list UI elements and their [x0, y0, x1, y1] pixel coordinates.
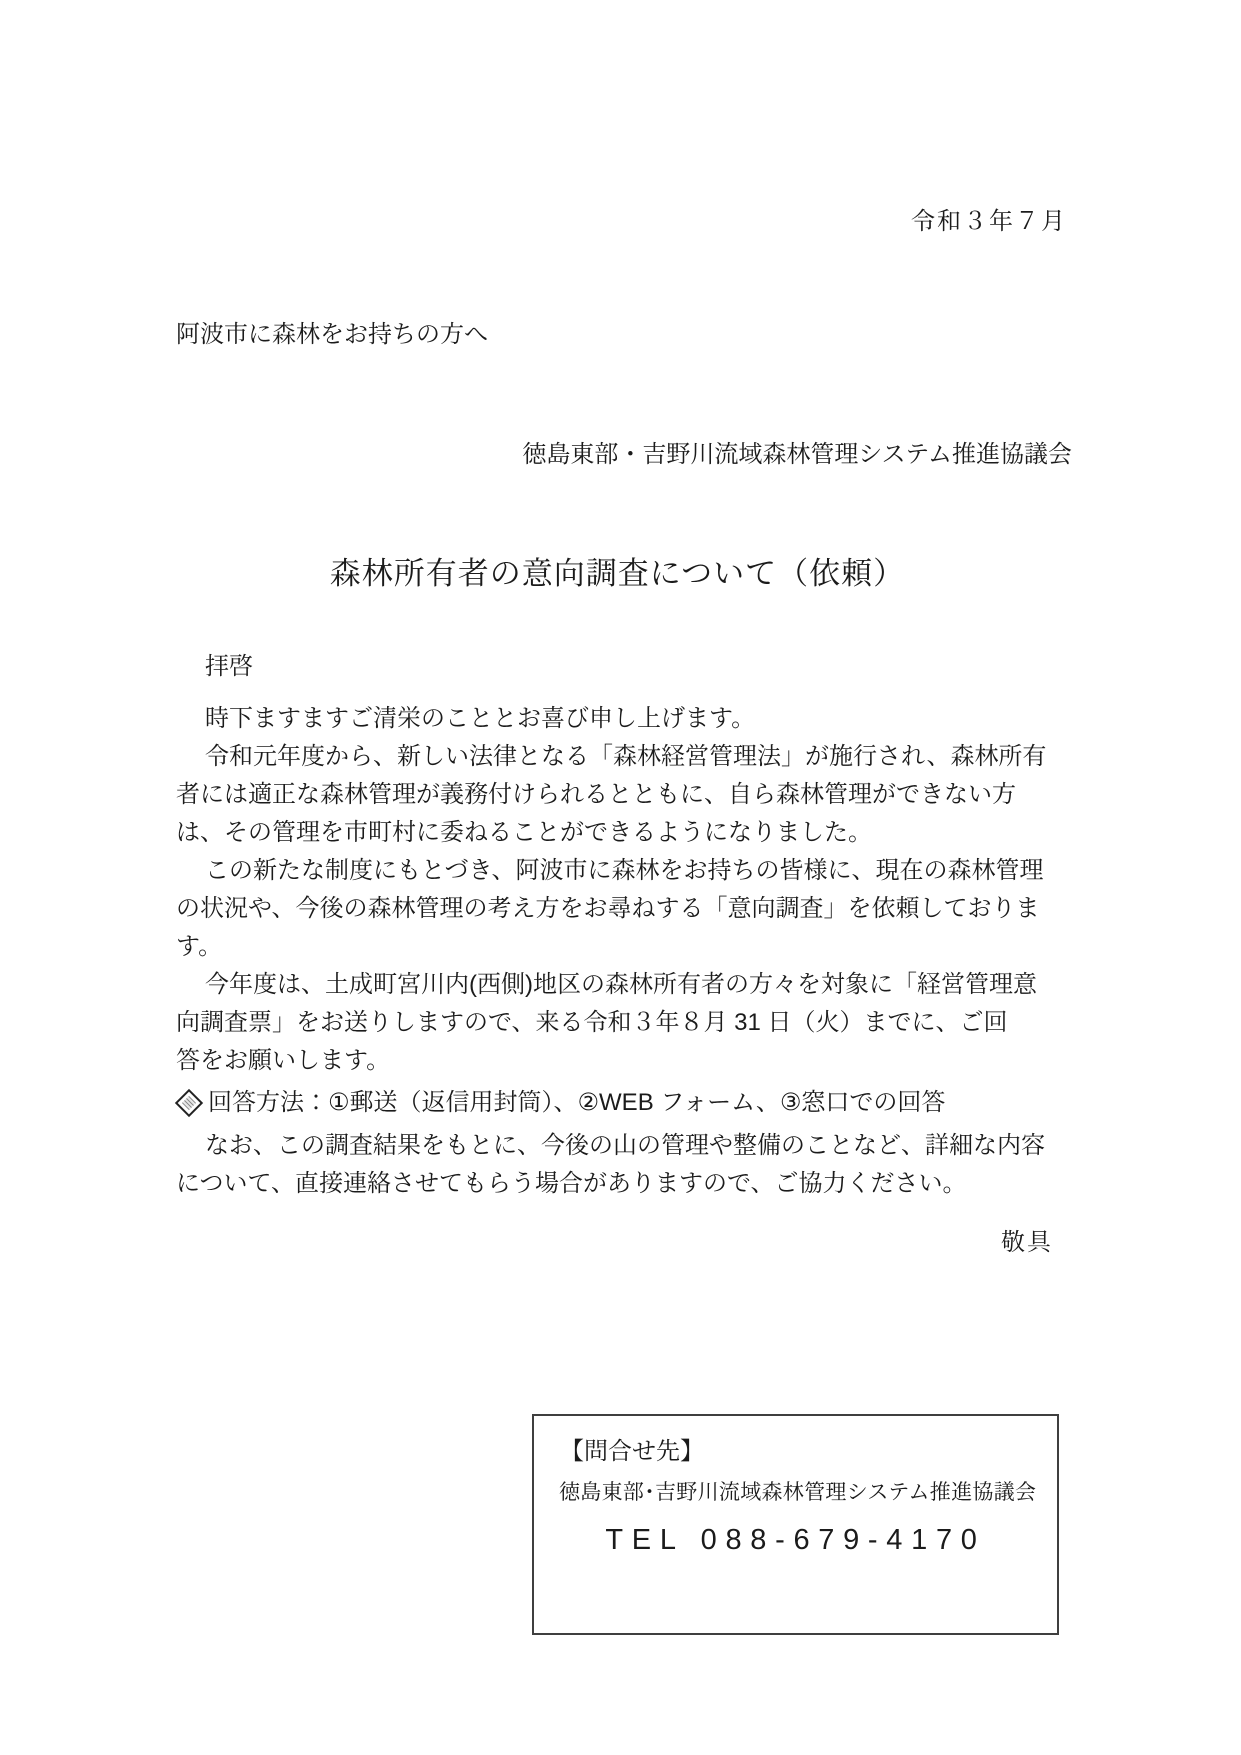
body-line: この新たな制度にもとづき、阿波市に森林をお持ちの皆様に、現在の森林管理: [176, 852, 1059, 890]
body-line: は、その管理を市町村に委ねることができるようになりました。: [176, 814, 1059, 852]
contact-box: 【問合せ先】 徳島東部･吉野川流域森林管理システム推進協議会 TEL088-67…: [532, 1414, 1059, 1635]
reply-methods-line: 回答方法：①郵送（返信用封筒）、②WEB フォーム、③窓口での回答: [176, 1084, 1059, 1122]
body-line: 答をお願いします。: [176, 1042, 1059, 1080]
recipient-line: 阿波市に森林をお持ちの方へ: [176, 318, 488, 352]
document-title: 森林所有者の意向調査について（依頼）: [176, 552, 1059, 596]
contact-heading: 【問合せ先】: [560, 1436, 1057, 1468]
contact-tel: TEL088-679-4170: [534, 1522, 1057, 1558]
sender-organization: 徳島東部・吉野川流域森林管理システム推進協議会: [522, 438, 1072, 472]
contact-organization: 徳島東部･吉野川流域森林管理システム推進協議会: [559, 1478, 1057, 1508]
body-line: 今年度は、土成町宮川内(西側)地区の森林所有者の方々を対象に「経営管理意: [176, 966, 1059, 1004]
closing-keigu: 敬具: [1001, 1226, 1053, 1260]
diamond-bullet-icon: [175, 1089, 203, 1117]
body-line: 者には適正な森林管理が義務付けられるとともに、自ら森林管理ができない方: [176, 776, 1059, 814]
body-line: の状況や、今後の森林管理の考え方をお尋ねする「意向調査」を依頼しておりま: [176, 890, 1059, 928]
body-line: について、直接連絡させてもらう場合がありますので、ご協力ください。: [176, 1165, 1059, 1203]
tel-number: 088-679-4170: [701, 1524, 986, 1556]
body-line: 向調査票」をお送りしますので、来る令和３年８月 31 日（火）までに、ご回: [176, 1004, 1059, 1042]
body-line: 時下ますますご清栄のこととお喜び申し上げます。: [176, 700, 1059, 738]
letter-body: 拝啓 時下ますますご清栄のこととお喜び申し上げます。 令和元年度から、新しい法律…: [176, 648, 1059, 1203]
date-line: 令和３年７月: [911, 206, 1067, 238]
tel-label: TEL: [605, 1524, 684, 1556]
salutation: 拝啓: [176, 648, 1059, 686]
body-line: す。: [176, 928, 1059, 966]
body-line: 令和元年度から、新しい法律となる「森林経営管理法」が施行され、森林所有: [176, 738, 1059, 776]
body-line: なお、この調査結果をもとに、今後の山の管理や整備のことなど、詳細な内容: [176, 1127, 1059, 1165]
reply-methods-text: 回答方法：①郵送（返信用封筒）、②WEB フォーム、③窓口での回答: [208, 1084, 945, 1122]
letter-page: 令和３年７月 阿波市に森林をお持ちの方へ 徳島東部・吉野川流域森林管理システム推…: [0, 0, 1241, 1755]
